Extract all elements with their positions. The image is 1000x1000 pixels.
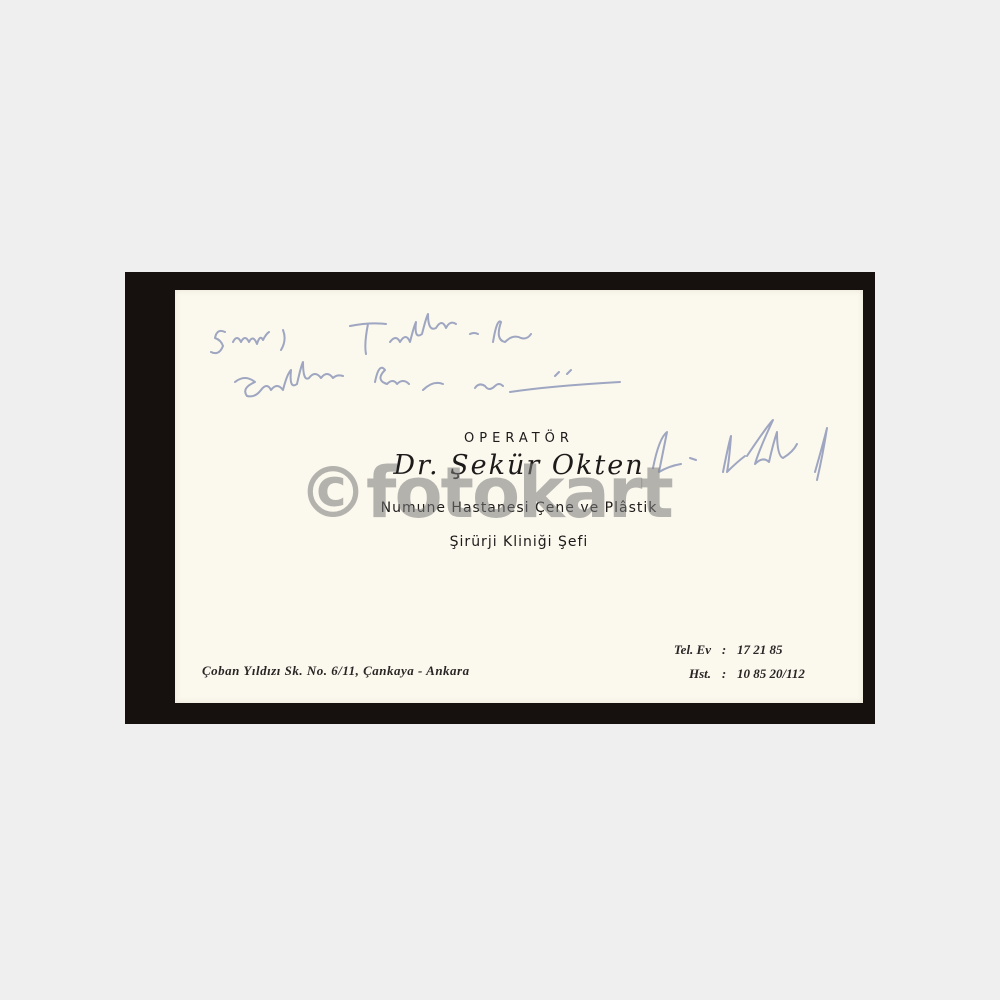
phone-row-hospital: Hst. : 10 85 20/112 xyxy=(633,662,827,686)
phone-separator: : xyxy=(711,666,737,682)
profession-title: OPERATÖR xyxy=(175,431,863,446)
phone-list: Tel. Ev : 17 21 85 Hst. : 10 85 20/112 xyxy=(633,638,827,686)
doctor-name: Dr. Şekür Okten xyxy=(175,450,863,481)
position-line-1: Numune Hastanesi Çene ve Plâstik xyxy=(175,500,863,516)
address: Çoban Yıldızı Sk. No. 6/11, Çankaya - An… xyxy=(202,663,470,679)
phone-value: 10 85 20/112 xyxy=(737,666,827,682)
backing-edge xyxy=(125,712,180,724)
phone-separator: : xyxy=(711,642,737,658)
business-card: OPERATÖR Dr. Şekür Okten Numune Hastanes… xyxy=(175,290,863,703)
phone-value: 17 21 85 xyxy=(737,642,827,658)
phone-row-home: Tel. Ev : 17 21 85 xyxy=(633,638,827,662)
phone-label: Hst. xyxy=(633,666,711,682)
phone-label: Tel. Ev xyxy=(633,642,711,658)
position-line-2: Şirürji Kliniği Şefi xyxy=(175,534,863,550)
